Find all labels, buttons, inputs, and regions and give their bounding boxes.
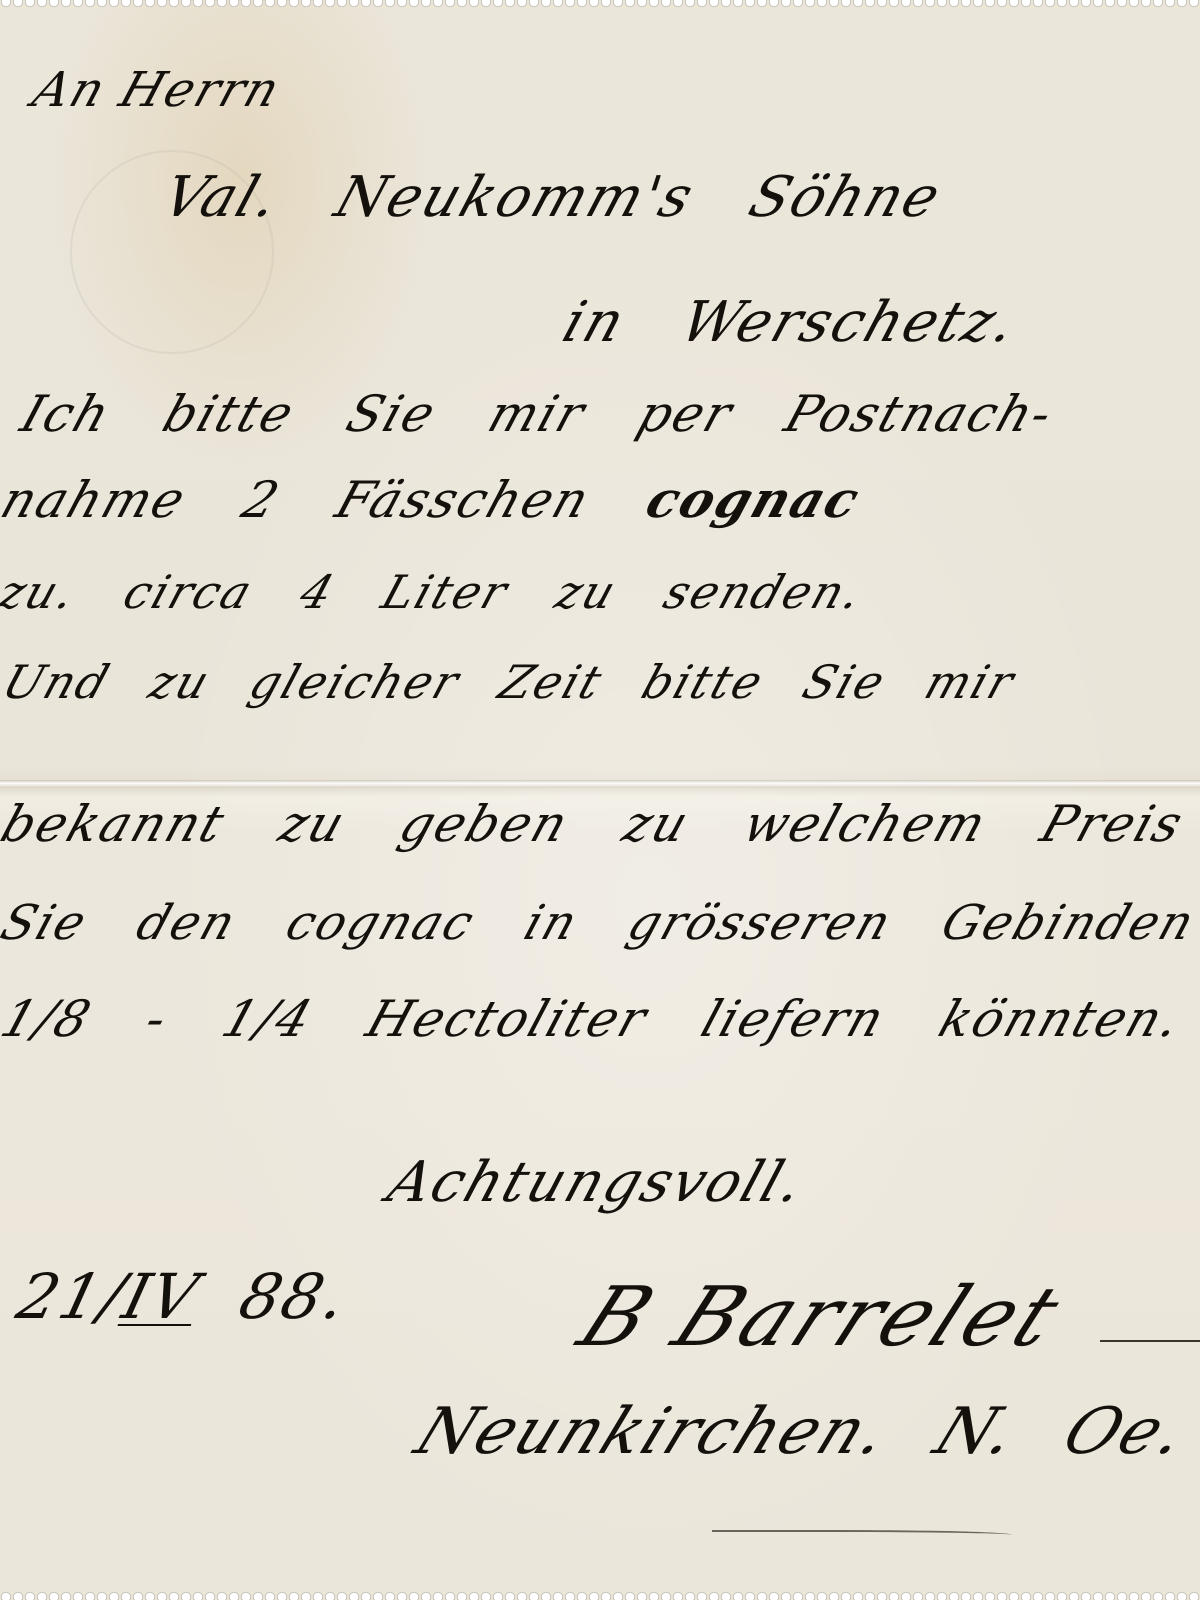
top-perforated-edge (0, 0, 1200, 7)
salutation: An Herrn (26, 62, 288, 118)
body-line-1: Ich bitte Sie mir per Postnach- (14, 385, 1061, 443)
signature-name: B Barrelet (565, 1270, 1077, 1365)
signature-place: Neunkirchen. N. Oe. (405, 1395, 1199, 1469)
recipient-name: Val. Neukomm's Söhne (155, 165, 950, 230)
date-month-roman: IV (116, 1260, 207, 1333)
signature-flourish (1100, 1340, 1200, 1342)
recipient-location: in Werschetz. (555, 290, 1026, 355)
body-line-4: Und zu gleicher Zeit bitte Sie mir (0, 655, 1022, 709)
body-line-7: 1/8 - 1/4 Hectoliter liefern könnten. (0, 990, 1189, 1048)
body-line-2-emphasis: cognac (639, 470, 868, 529)
letter-paper: An Herrn Val. Neukomm's Söhne in Wersche… (0, 0, 1200, 1600)
closing-phrase: Achtungsvoll. (380, 1150, 813, 1215)
body-line-5: bekannt zu geben zu welchem Preis (0, 795, 1191, 853)
bottom-perforated-edge (0, 1592, 1200, 1600)
body-line-3: zu. circa 4 Liter zu senden. (0, 565, 870, 619)
date-day: 21 (10, 1260, 111, 1333)
paper-fold-crease (0, 780, 1200, 788)
body-line-6: Sie den cognac in grösseren Gebinden (0, 895, 1200, 951)
closing-underline (712, 1530, 1012, 1538)
body-line-2: nahme 2 Fässchen cognac (0, 470, 868, 529)
letter-date: 21/IV 88. (10, 1260, 355, 1333)
date-year: 88. (232, 1260, 355, 1333)
body-line-2-text: nahme 2 Fässchen (0, 471, 658, 529)
